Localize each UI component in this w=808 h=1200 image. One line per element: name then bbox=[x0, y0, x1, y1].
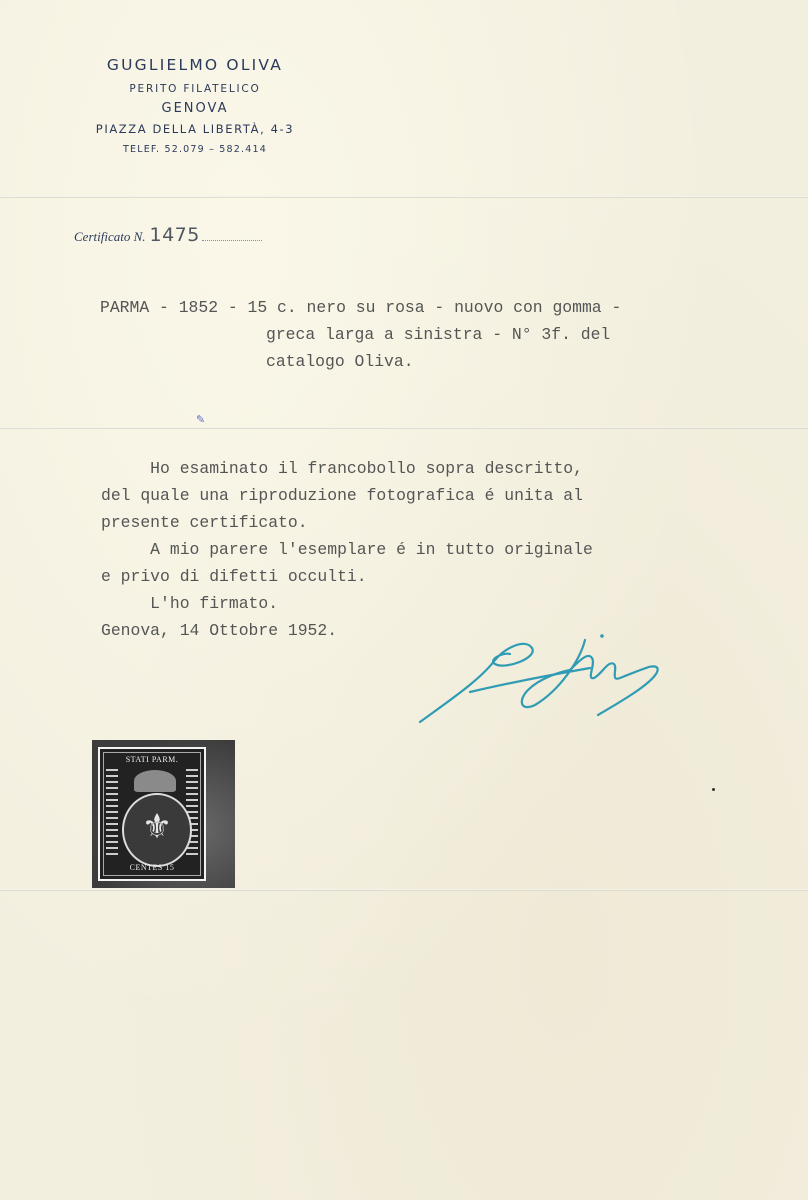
stamp-frame: STATI PARM. ⚜ CENTES 15 bbox=[103, 752, 201, 876]
paper-fold-line bbox=[0, 427, 808, 429]
pencil-mark: ✎ bbox=[196, 413, 205, 426]
body-line: L'ho firmato. bbox=[101, 594, 278, 613]
stamp-description-line-2: greca larga a sinistra - N° 3f. del bbox=[266, 325, 610, 344]
stamp-description-continuation: greca larga a sinistra - N° 3f. del cata… bbox=[266, 321, 610, 375]
body-line: e privo di difetti occulti. bbox=[101, 567, 367, 586]
body-line: del quale una riproduzione fotografica é… bbox=[101, 486, 583, 505]
certificate-body: Ho esaminato il francobollo sopra descri… bbox=[101, 455, 593, 644]
stamp-medallion: ⚜ bbox=[122, 793, 192, 867]
greek-key-border-left bbox=[106, 769, 118, 859]
dotted-rule bbox=[202, 239, 262, 241]
letterhead-address: PIAZZA DELLA LIBERTÀ, 4-3 bbox=[60, 122, 330, 136]
letterhead-profession: PERITO FILATELICO bbox=[60, 83, 330, 95]
crown-icon bbox=[134, 770, 176, 792]
letterhead: GUGLIELMO OLIVA PERITO FILATELICO GENOVA… bbox=[60, 56, 330, 155]
stamp-photo: STATI PARM. ⚜ CENTES 15 bbox=[98, 747, 206, 881]
fleur-de-lis-icon: ⚜ bbox=[124, 809, 190, 845]
letterhead-name: GUGLIELMO OLIVA bbox=[60, 56, 330, 74]
body-line: presente certificato. bbox=[101, 513, 308, 532]
body-line: Ho esaminato il francobollo sopra descri… bbox=[101, 459, 583, 478]
body-line: A mio parere l'esemplare é in tutto orig… bbox=[101, 540, 593, 559]
body-line-date: Genova, 14 Ottobre 1952. bbox=[101, 621, 337, 640]
stamp-top-text: STATI PARM. bbox=[104, 753, 200, 767]
signature-icon bbox=[410, 630, 680, 730]
stamp-description-line-1: PARMA - 1852 - 15 c. nero su rosa - nuov… bbox=[100, 294, 621, 321]
ink-speck bbox=[712, 788, 715, 791]
paper-fold-line bbox=[0, 889, 808, 891]
letterhead-phone: TELEF. 52.079 – 582.414 bbox=[60, 144, 330, 155]
paper-fold-line bbox=[0, 196, 808, 198]
stamp-bottom-text: CENTES 15 bbox=[104, 861, 200, 875]
letterhead-city: GENOVA bbox=[60, 101, 330, 116]
stamp-description-line-3: catalogo Oliva. bbox=[266, 352, 414, 371]
certificate-number: 1475 bbox=[150, 224, 200, 246]
certificate-number-line: Certificato N. 1475 bbox=[74, 224, 262, 246]
certificate-label: Certificato N. bbox=[74, 229, 146, 245]
